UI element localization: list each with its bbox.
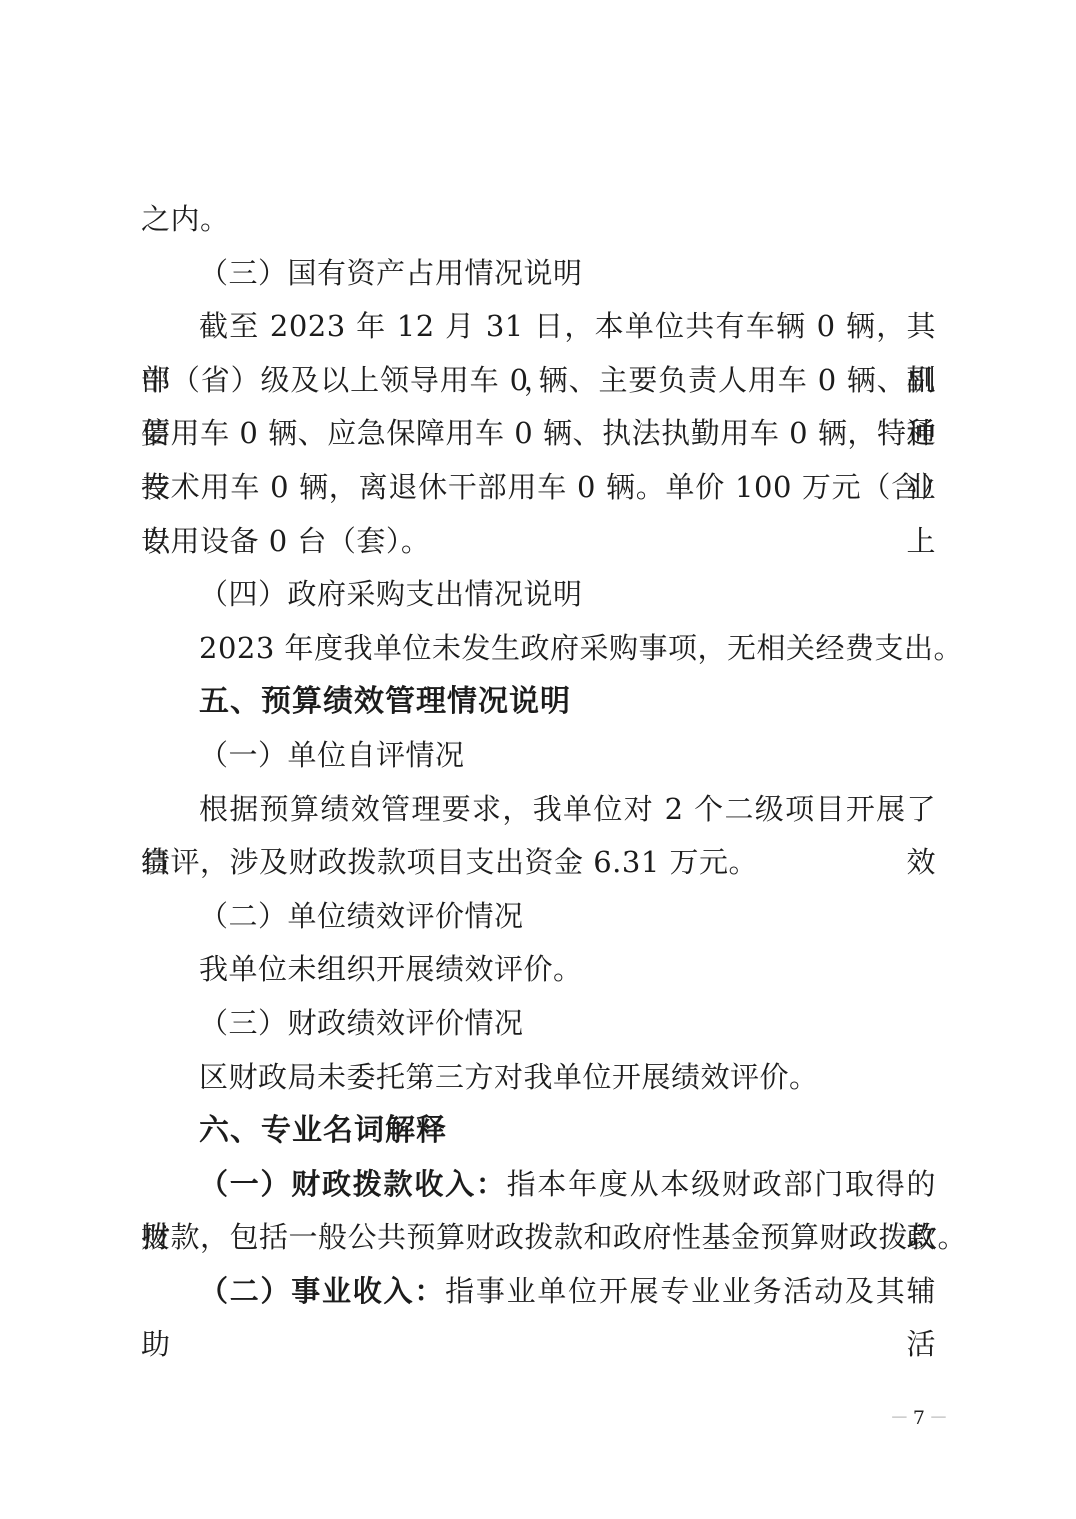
document-page: 之内。 （三）国有资产占用情况说明 截至 2023 年 12 月 31 日，本单… [0,0,1076,1519]
paragraph-line: 根据预算绩效管理要求，我单位对 2 个二级项目开展了绩效 [141,783,936,837]
glossary-term-fiscal-appropriation: （一）财政拨款收入： [199,1167,507,1201]
document-body: 之内。 （三）国有资产占用情况说明 截至 2023 年 12 月 31 日，本单… [141,193,936,1318]
subsection-heading-fiscal-evaluation: （三）财政绩效评价情况 [141,997,936,1051]
subsection-heading-unit-evaluation: （二）单位绩效评价情况 [141,890,936,944]
paragraph-line: 之内。 [141,193,936,247]
subsection-heading-gov-procurement: （四）政府采购支出情况说明 [141,568,936,622]
subsection-heading-state-assets: （三）国有资产占用情况说明 [141,247,936,301]
paragraph-line: （一）财政拨款收入：指本年度从本级财政部门取得的财政 [141,1158,936,1212]
page-number-dash-left: － [886,1407,913,1429]
paragraph-line: 2023 年度我单位未发生政府采购事项，无相关经费支出。 [141,622,936,676]
section-heading-budget-performance: 五、预算绩效管理情况说明 [141,675,936,729]
paragraph-line: 区财政局未委托第三方对我单位开展绩效评价。 [141,1051,936,1105]
paragraph-line: （二）事业收入：指事业单位开展专业业务活动及其辅助活 [141,1265,936,1319]
page-number-footer: －7－ [886,1406,952,1430]
paragraph-line: 拨款，包括一般公共预算财政拨款和政府性基金预算财政拨款。 [141,1211,936,1265]
paragraph-line: 截至 2023 年 12 月 31 日，本单位共有车辆 0 辆，其中，副 [141,300,936,354]
paragraph-line: 信用车 0 辆、应急保障用车 0 辆、执法执勤用车 0 辆，特种专业 [141,407,936,461]
paragraph-line: 我单位未组织开展绩效评价。 [141,943,936,997]
subsection-heading-self-evaluation: （一）单位自评情况 [141,729,936,783]
paragraph-line: 部（省）级及以上领导用车 0 辆、主要负责人用车 0 辆、机要通 [141,354,936,408]
glossary-term-business-income: （二）事业收入： [199,1274,445,1308]
page-number-dash-right: － [925,1407,952,1429]
page-number: 7 [913,1407,925,1429]
section-heading-glossary: 六、专业名词解释 [141,1104,936,1158]
paragraph-line: 技术用车 0 辆，离退休干部用车 0 辆。单价 100 万元（含）以上 [141,461,936,515]
